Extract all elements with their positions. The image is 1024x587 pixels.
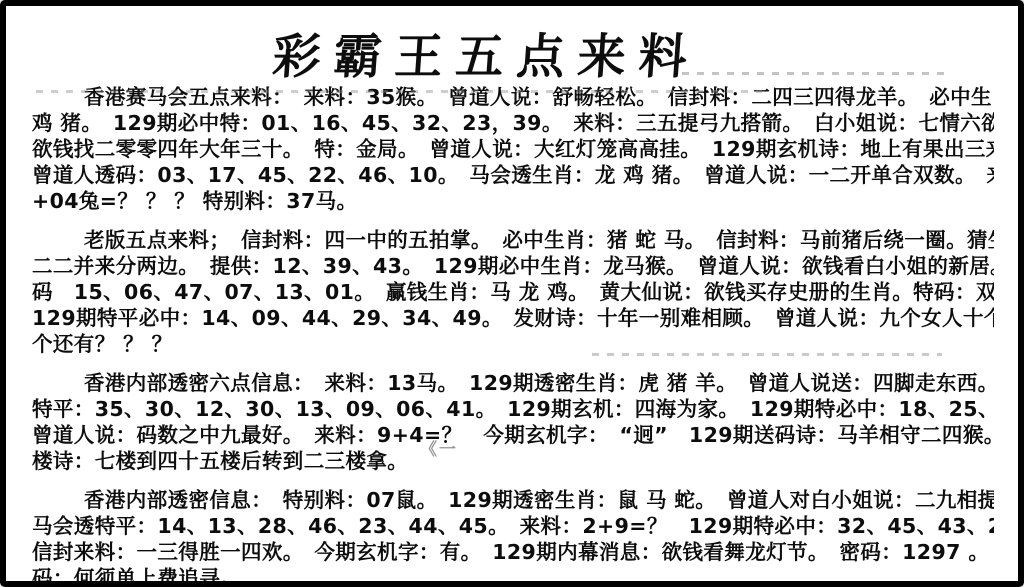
- text-line: +04兔=？ ？ ？ 特别料：37马。: [32, 188, 994, 214]
- text-line: 鸡 猪。 129期必中特：01、16、45、32、23，39。 来料：三五提弓九…: [32, 110, 994, 136]
- text-line: 香港赛马会五点来料： 来料：35猴。 曾道人说：舒畅轻松。 信封料：二四三四得龙…: [32, 84, 994, 110]
- text-line: 曾道人说：码数之中九最好。 来料：9+4=？ 今期玄机字： “迥” 129期送码…: [32, 422, 994, 448]
- scan-artifact-top-dashes: [36, 90, 762, 93]
- section-hk-internal-six-point: 香港内部透密六点信息： 来料：13马。 129期透密生肖：虎 猪 羊。 曾道人说…: [32, 370, 994, 474]
- text-line: 曾道人透码：03、17、45、22、46、10。 马会透生肖：龙 鸡 猪。 曾道…: [32, 162, 994, 188]
- tip-sheet-page: 彩霸王五点来料 《一 香港赛马会五点来料： 来料：35猴。 曾道人说：舒畅轻松。…: [0, 0, 1024, 587]
- content-area: 香港赛马会五点来料： 来料：35猴。 曾道人说：舒畅轻松。 信封料：二四三四得龙…: [6, 76, 1018, 587]
- section-hk-jockey-five-point: 香港赛马会五点来料： 来料：35猴。 曾道人说：舒畅轻松。 信封料：二四三四得龙…: [32, 84, 994, 214]
- text-line: 老版五点来料； 信封料：四一中的五拍掌。 必中生肖：猪 蛇 马。 信封料：马前猪…: [32, 227, 994, 253]
- page-title: 彩霸王五点来料: [271, 18, 703, 87]
- text-line: 楼诗：七楼到四十五楼后转到二三楼拿。: [32, 448, 994, 474]
- text-line: 码 15、06、47、07、13、01。 赢钱生肖：马 龙 鸡。 黄大仙说：欲钱…: [32, 279, 994, 305]
- text-line: 香港内部透密六点信息： 来料：13马。 129期透密生肖：虎 猪 羊。 曾道人说…: [32, 370, 994, 396]
- text-line: 信封来料：一三得胜一四欢。 今期玄机字：有。 129期内幕消息：欲钱看舞龙灯节。…: [32, 539, 994, 565]
- text-line: 129期特平必中：14、09、44、29、34、49。 发财诗：十年一别难相顾。…: [32, 305, 994, 331]
- text-line: 香港内部透密信息： 特别料：07鼠。 129期透密生肖：鼠 马 蛇。 曾道人对白…: [32, 487, 994, 513]
- section-old-version-five-point: 老版五点来料； 信封料：四一中的五拍掌。 必中生肖：猪 蛇 马。 信封料：马前猪…: [32, 227, 994, 357]
- text-line: 特平：35、30、12、30、13、09、06、41。 129期玄机：四海为家。…: [32, 396, 994, 422]
- scan-artifact-mid-dashes: [592, 353, 942, 356]
- section-hk-internal-info: 香港内部透密信息： 特别料：07鼠。 129期透密生肖：鼠 马 蛇。 曾道人对白…: [32, 487, 994, 587]
- text-line: 码：何须单上费追寻。: [32, 565, 994, 587]
- scan-artifact-title-underline: [682, 72, 944, 75]
- text-line: 欲钱找二零零四年大年三十。 特：金局。 曾道人说：大红灯笼高高挂。 129期玄机…: [32, 136, 994, 162]
- text-line: 二二并来分两边。 提供：12、39、43。 129期必中生肖：龙马猴。 曾道人说…: [32, 253, 994, 279]
- scan-artifact-ghost-text: 《一: [420, 435, 458, 460]
- title-row: 彩霸王五点来料: [6, 18, 1018, 76]
- text-line: 马会透特平：14、13、28、46、23、44、45。 来料：2+9=？ 129…: [32, 513, 994, 539]
